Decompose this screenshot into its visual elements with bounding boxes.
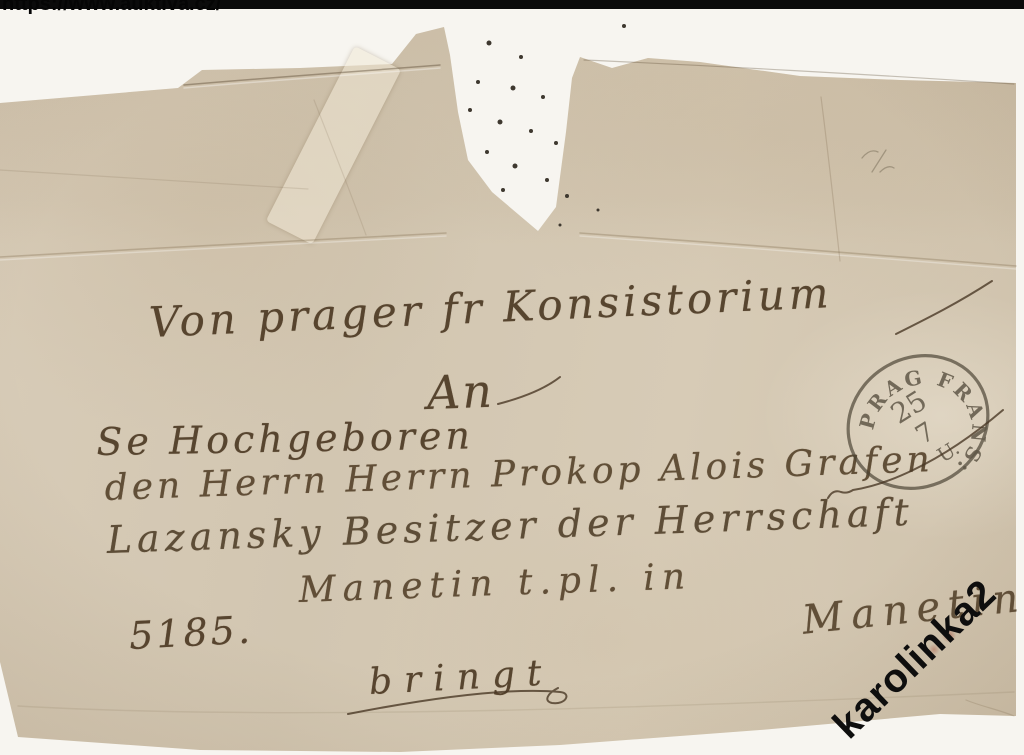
postmark-prag: PRAG FRANS: 25 7 U. bbox=[840, 348, 996, 496]
handwriting-registry-number: 5185. bbox=[128, 608, 254, 658]
scanned-cover-photo: Von prager fr Konsistorium An Se Hochgeb… bbox=[0, 0, 1024, 755]
handwriting-an: An bbox=[426, 364, 495, 420]
source-url-watermark: https://www.auktiva.cz/ bbox=[2, 0, 221, 16]
